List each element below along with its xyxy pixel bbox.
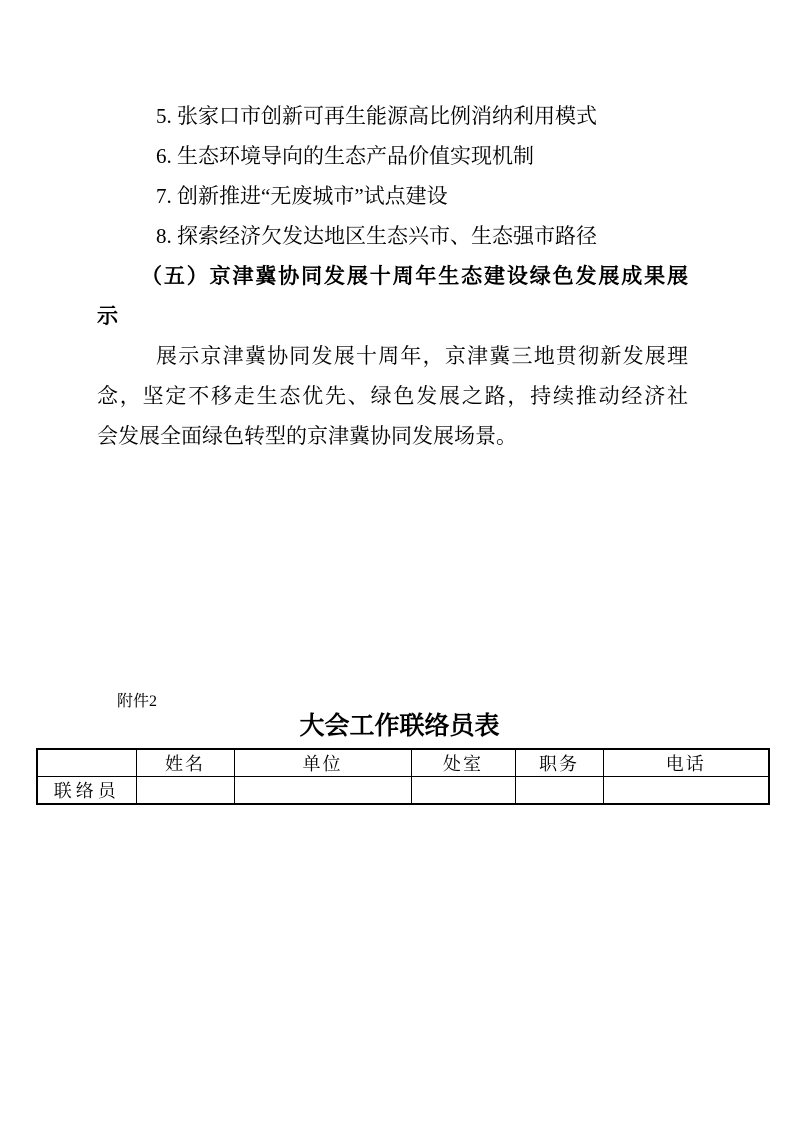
header-cell-empty xyxy=(37,749,136,777)
table-title: 大会工作联络员表 xyxy=(0,712,799,742)
list-item-7: 7. 创新推进“无废城市”试点建设 xyxy=(97,176,688,216)
header-cell-name: 姓名 xyxy=(136,749,234,777)
cell-phone-empty xyxy=(603,777,769,805)
attachment-label: 附件2 xyxy=(117,691,157,713)
paragraph-line-1: 展示京津冀协同发展十周年，京津冀三地贯彻新发展理 xyxy=(97,336,688,376)
document-page: 5. 张家口市创新可再生能源高比例消纳利用模式 6. 生态环境导向的生态产品价值… xyxy=(0,0,799,1127)
contact-table: 姓名 单位 处室 职务 电话 联络员 xyxy=(36,748,770,805)
cell-office-empty xyxy=(411,777,515,805)
cell-name-empty xyxy=(136,777,234,805)
body-text-block: 5. 张家口市创新可再生能源高比例消纳利用模式 6. 生态环境导向的生态产品价值… xyxy=(97,96,688,456)
cell-unit-empty xyxy=(234,777,411,805)
cell-title-empty xyxy=(515,777,603,805)
header-cell-phone: 电话 xyxy=(603,749,769,777)
section-heading-line-1: （五）京津冀协同发展十周年生态建设绿色发展成果展 xyxy=(97,256,688,296)
section-heading-line-2: 示 xyxy=(97,296,688,336)
header-cell-office: 处室 xyxy=(411,749,515,777)
header-cell-title: 职务 xyxy=(515,749,603,777)
row-label-liaison: 联络员 xyxy=(37,777,136,805)
list-item-8: 8. 探索经济欠发达地区生态兴市、生态强市路径 xyxy=(97,216,688,256)
paragraph-line-2: 念，坚定不移走生态优先、绿色发展之路，持续推动经济社 xyxy=(97,376,688,416)
list-item-6: 6. 生态环境导向的生态产品价值实现机制 xyxy=(97,136,688,176)
header-cell-unit: 单位 xyxy=(234,749,411,777)
table-header-row: 姓名 单位 处室 职务 电话 xyxy=(37,749,769,777)
table-row-liaison: 联络员 xyxy=(37,777,769,805)
list-item-5: 5. 张家口市创新可再生能源高比例消纳利用模式 xyxy=(97,96,688,136)
paragraph-line-3: 会发展全面绿色转型的京津冀协同发展场景。 xyxy=(97,416,688,456)
